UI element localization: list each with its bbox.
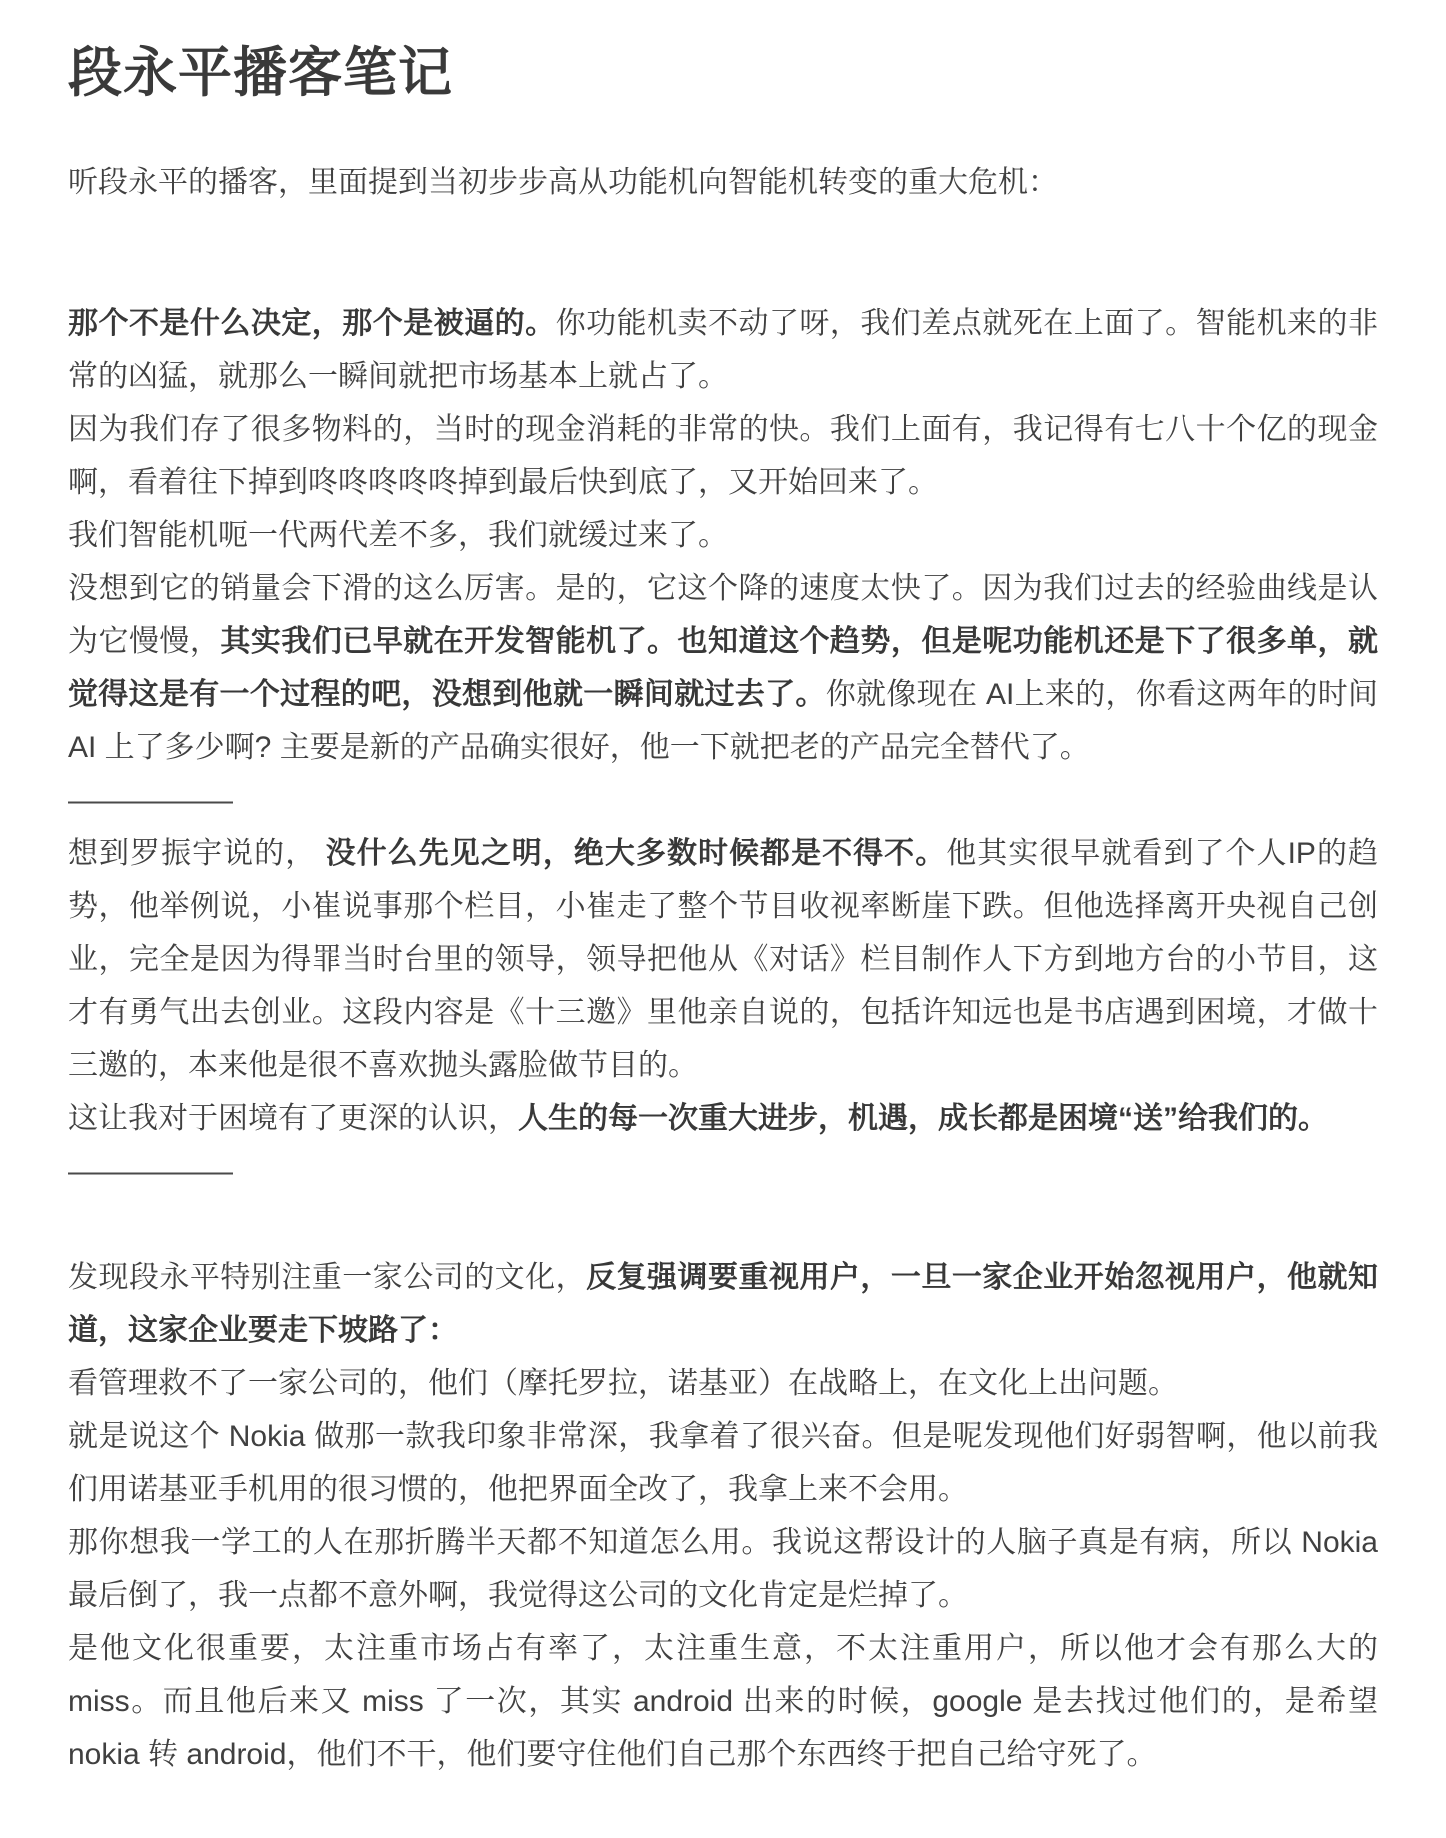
paragraph: 是他文化很重要，太注重市场占有率了，太注重生意，不太注重用户，所以他才会有那么大… (68, 1622, 1378, 1781)
paragraph: 我们智能机呃一代两代差不多，我们就缓过来了。 (68, 509, 1378, 562)
text-run: 他其实很早就看到了个人IP的趋势，他举例说，小崔说事那个栏目，小崔走了整个节目收… (68, 837, 1378, 1082)
page-title: 段永平播客笔记 (68, 36, 1378, 110)
paragraph: 没想到它的销量会下滑的这么厉害。是的，它这个降的速度太快了。因为我们过去的经验曲… (68, 562, 1378, 774)
paragraph: 这让我对于困境有了更深的认识，人生的每一次重大进步，机遇，成长都是困境“送”给我… (68, 1092, 1378, 1145)
text-run: 那你想我一学工的人在那折腾半天都不知道怎么用。我说这帮设计的人脑子真是有病，所以… (68, 1526, 1378, 1612)
text-run: 因为我们存了很多物料的，当时的现金消耗的非常的快。我们上面有，我记得有七八十个亿… (68, 413, 1378, 499)
text-run: 是他文化很重要，太注重市场占有率了，太注重生意，不太注重用户，所以他才会有那么大… (68, 1632, 1378, 1771)
paragraph: 那个不是什么决定，那个是被逼的。你功能机卖不动了呀，我们差点就死在上面了。智能机… (68, 297, 1378, 403)
bold-text-run: 没什么先见之明，绝大多数时候都是不得不。 (326, 837, 947, 870)
bold-text-run: 人生的每一次重大进步，机遇，成长都是困境“送”给我们的。 (518, 1102, 1328, 1135)
text-run: 这让我对于困境有了更深的认识， (68, 1102, 518, 1135)
bold-text-run: 那个不是什么决定，那个是被逼的。 (68, 307, 556, 340)
paragraph: 发现段永平特别注重一家公司的文化，反复强调要重视用户，一旦一家企业开始忽视用户，… (68, 1251, 1378, 1357)
paragraph: 那你想我一学工的人在那折腾半天都不知道怎么用。我说这帮设计的人脑子真是有病，所以… (68, 1516, 1378, 1622)
paragraph: 就是说这个 Nokia 做那一款我印象非常深，我拿着了很兴奋。但是呢发现他们好弱… (68, 1410, 1378, 1516)
dash-divider: —————— (68, 774, 1378, 827)
blank-line (68, 1198, 1378, 1251)
text-run: 听段永平的播客，里面提到当初步步高从功能机向智能机转变的重大危机： (68, 166, 1058, 199)
dash-divider: —————— (68, 1145, 1378, 1198)
note-body: 听段永平的播客，里面提到当初步步高从功能机向智能机转变的重大危机： 那个不是什么… (68, 156, 1378, 1781)
text-run: 想到罗振宇说的， (68, 837, 326, 870)
text-run: 看管理救不了一家公司的，他们（摩托罗拉，诺基亚）在战略上，在文化上出问题。 (68, 1367, 1178, 1400)
paragraph: 看管理救不了一家公司的，他们（摩托罗拉，诺基亚）在战略上，在文化上出问题。 (68, 1357, 1378, 1410)
paragraph: 听段永平的播客，里面提到当初步步高从功能机向智能机转变的重大危机： (68, 156, 1378, 209)
text-run: 我们智能机呃一代两代差不多，我们就缓过来了。 (68, 519, 728, 552)
paragraph: 想到罗振宇说的， 没什么先见之明，绝大多数时候都是不得不。他其实很早就看到了个人… (68, 827, 1378, 1092)
note-page: 段永平播客笔记 听段永平的播客，里面提到当初步步高从功能机向智能机转变的重大危机… (0, 0, 1446, 1838)
paragraph: 因为我们存了很多物料的，当时的现金消耗的非常的快。我们上面有，我记得有七八十个亿… (68, 403, 1378, 509)
text-run: 发现段永平特别注重一家公司的文化， (68, 1261, 586, 1294)
blank-line (68, 244, 1378, 297)
text-run: 就是说这个 Nokia 做那一款我印象非常深，我拿着了很兴奋。但是呢发现他们好弱… (68, 1420, 1378, 1506)
